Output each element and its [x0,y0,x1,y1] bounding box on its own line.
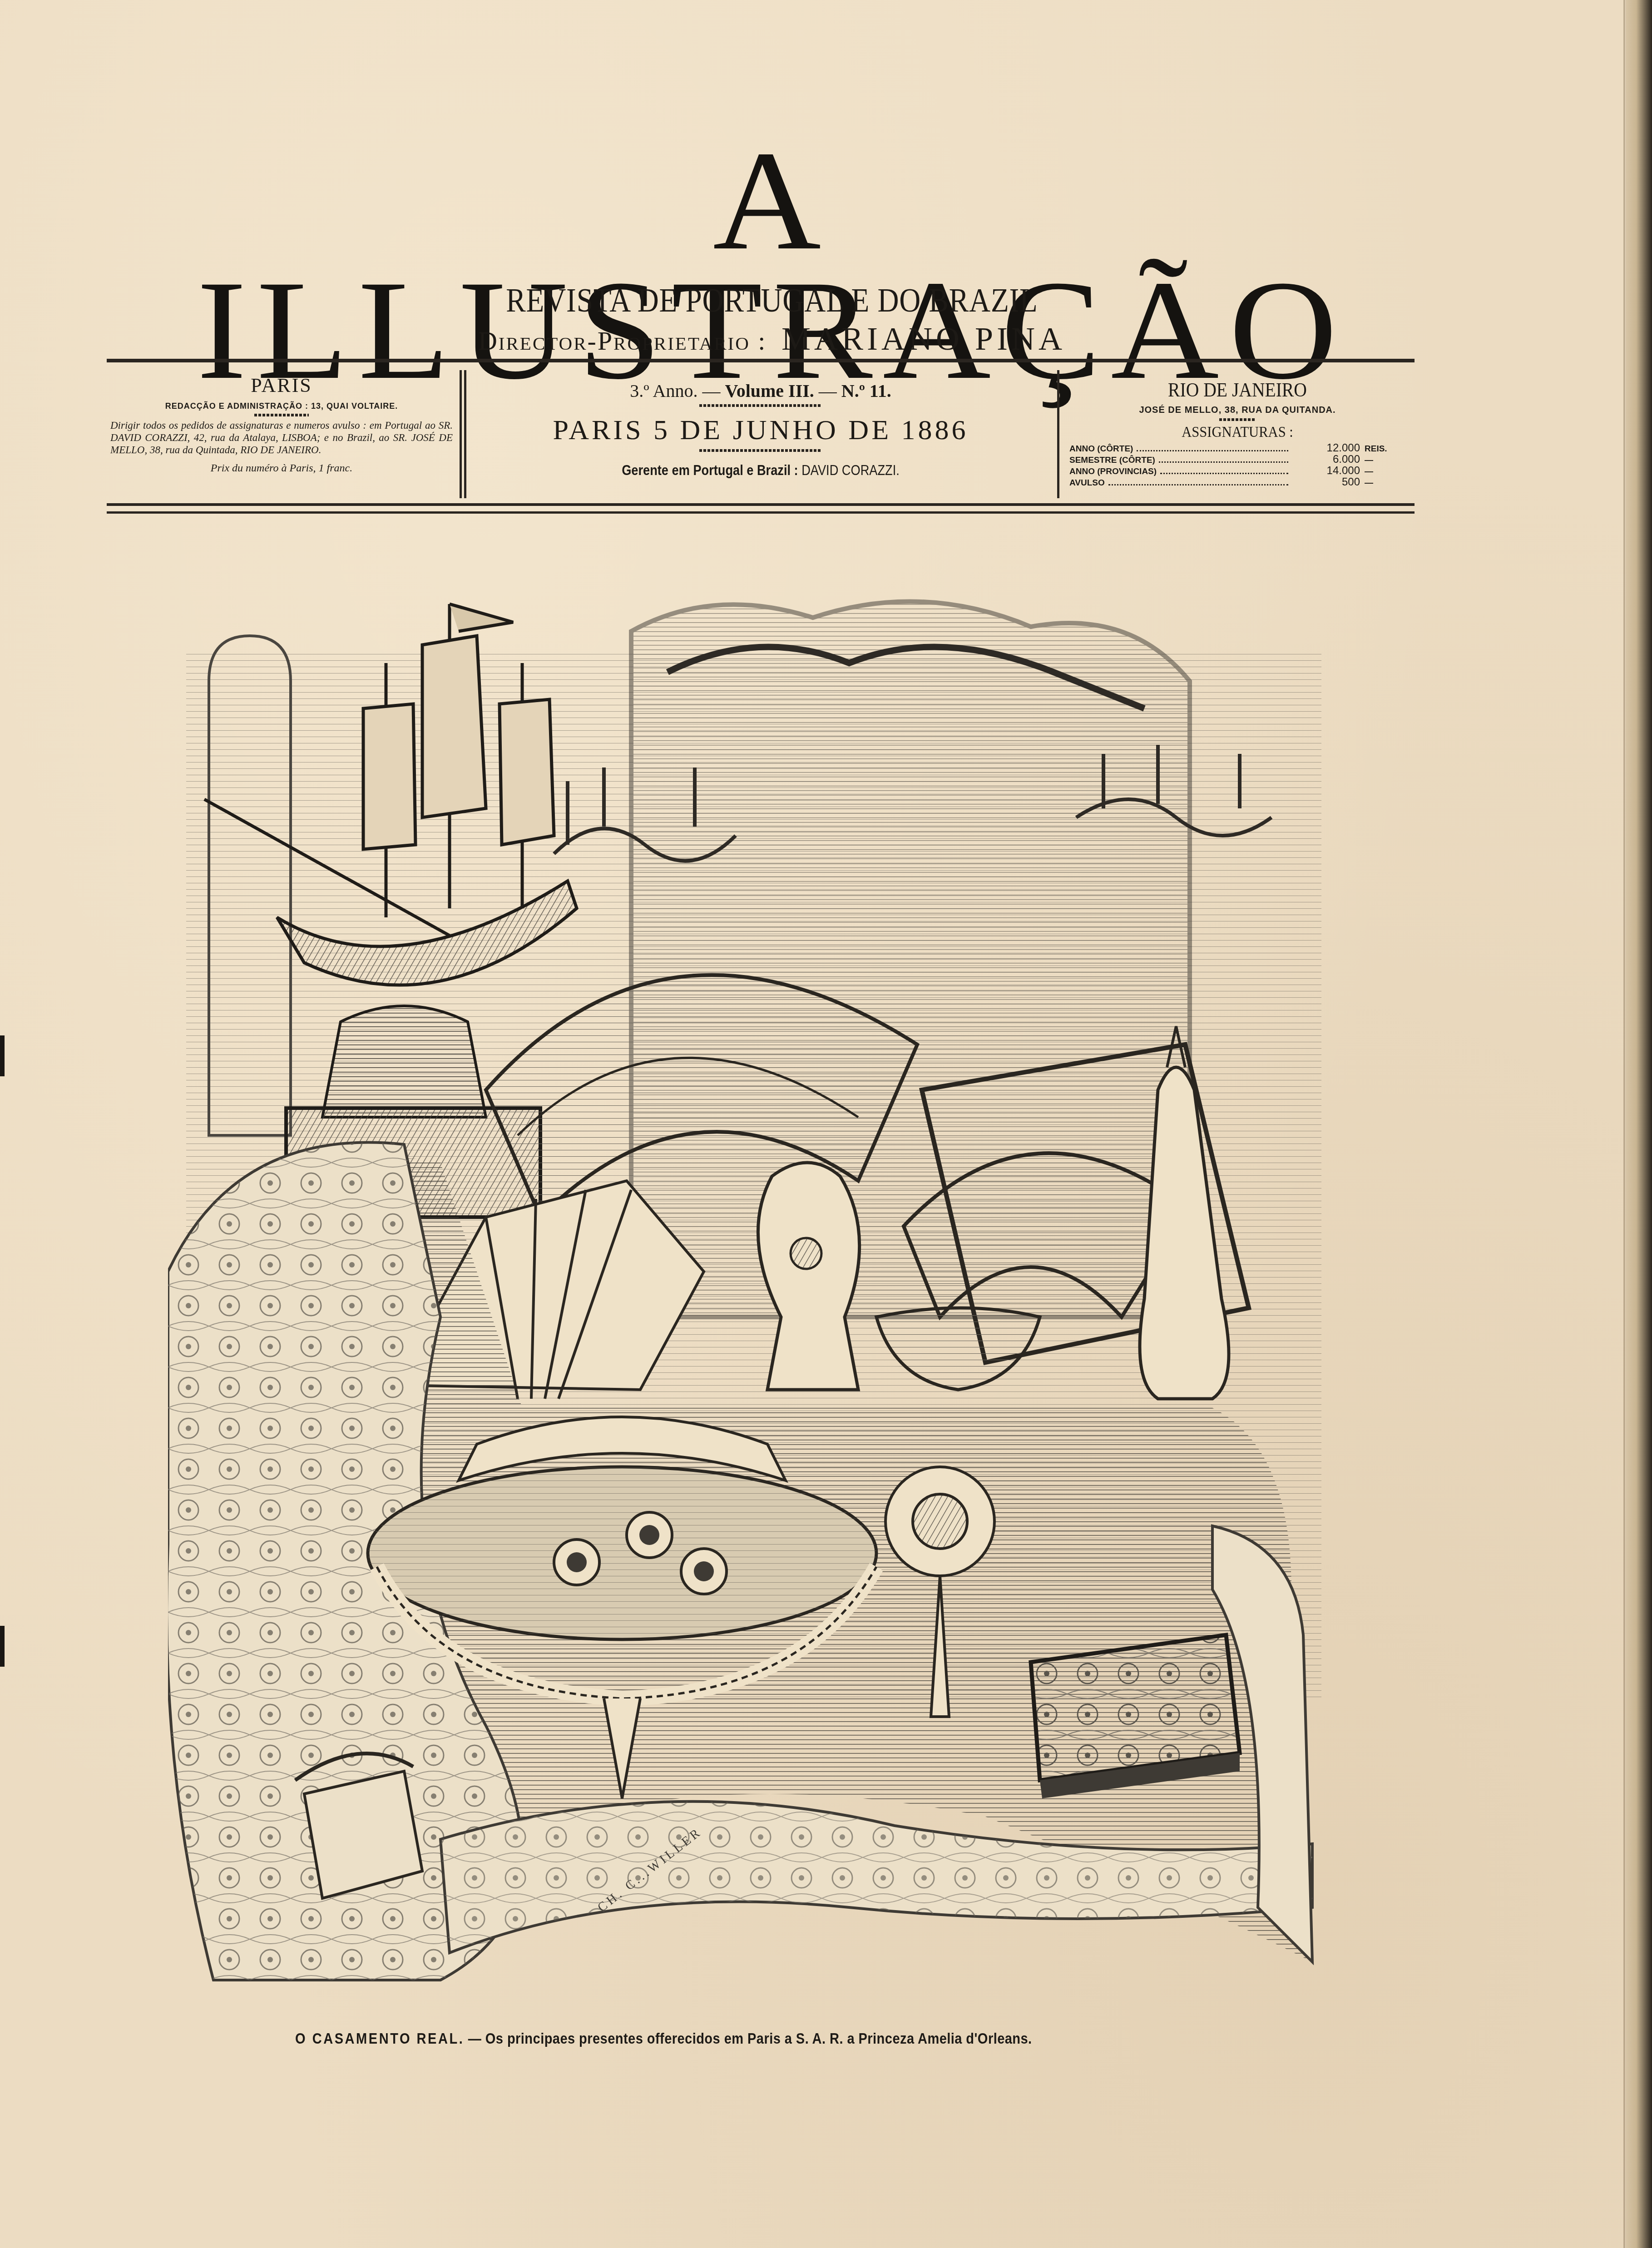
rio-office-column: RIO DE JANEIRO JOSÉ DE MELLO, 38, RUA DA… [1063,370,1412,487]
director-name: MARIANO PINA [781,321,1066,357]
paris-heading: PARIS [107,374,456,397]
info-bar-bottom-rule [107,503,1415,506]
year-label: 3.º Anno. [630,381,697,401]
engraving-artwork [168,590,1340,1989]
info-bar-bottom-rule [107,511,1415,514]
subscription-row: Anno (Provincias) 14.000 — [1069,465,1405,476]
subscription-row: Avulso 500 — [1069,476,1405,487]
illustration-caption: O CASAMENTO REAL. — Os principaes presen… [295,2030,1114,2047]
manager-name: DAVID CORAZZI. [801,462,900,478]
issue-number: N.º 11. [841,381,891,401]
volume-line: 3.º Anno. — Volume III. — N.º 11. [468,380,1054,401]
subscriptions-heading: ASSIGNATURAS : [1080,424,1395,441]
manager-label: Gerente em Portugal e Brazil : [622,462,798,478]
subscription-price-table: Anno (Côrte) 12.000 REIS. Semestre (Côrt… [1069,442,1405,487]
issue-price: Prix du numéro à Paris, 1 franc. [107,462,456,475]
scan-edge-mark [0,1035,5,1076]
ornamental-rule [699,404,822,407]
paris-office-address: REDACÇÃO E ADMINISTRAÇÃO : 13, QUAI VOLT… [107,401,456,411]
ornamental-rule [254,414,309,416]
director-role: Director-Proprietario : [478,326,767,356]
rio-heading: RIO DE JANEIRO [1080,378,1395,401]
subscription-row: Anno (Côrte) 12.000 REIS. [1069,442,1405,453]
caption-text: Os principaes presentes offerecidos em P… [485,2030,1032,2047]
scan-edge-mark [0,1626,5,1667]
issue-date: PARIS 5 DE JUNHO DE 1886 [468,414,1054,446]
column-divider [1057,370,1059,498]
masthead-subtitle: REVISTA DE PORTUGAL E DO BRAZIL [224,282,1319,320]
subscription-row: Semestre (Côrte) 6.000 — [1069,453,1405,465]
caption-title: O CASAMENTO REAL. [295,2030,464,2047]
wedding-gifts-engraving [168,590,1340,1989]
column-divider [460,370,462,498]
info-bar-top-rule [107,359,1415,362]
rio-address: JOSÉ DE MELLO, 38, RUA DA QUITANDA. [1063,405,1412,416]
ordering-instructions: Dirigir todos os pedidos de assignaturas… [107,419,456,456]
manager-line: Gerente em Portugal e Brazil : DAVID COR… [512,462,1010,479]
page-edge-shadow [1626,0,1652,2248]
ornamental-rule [1219,418,1256,421]
director-line: Director-Proprietario : MARIANO PINA [150,320,1394,358]
volume-label: Volume III. [725,381,814,401]
newspaper-page: A ILLUSTRAÇÃO REVISTA DE PORTUGAL E DO B… [0,0,1626,2248]
paris-office-column: PARIS REDACÇÃO E ADMINISTRAÇÃO : 13, QUA… [107,370,456,475]
page-fold-line [1623,0,1625,2248]
ornamental-rule [699,449,822,452]
issue-info-column: 3.º Anno. — Volume III. — N.º 11. PARIS … [468,370,1054,479]
column-divider [464,370,466,498]
